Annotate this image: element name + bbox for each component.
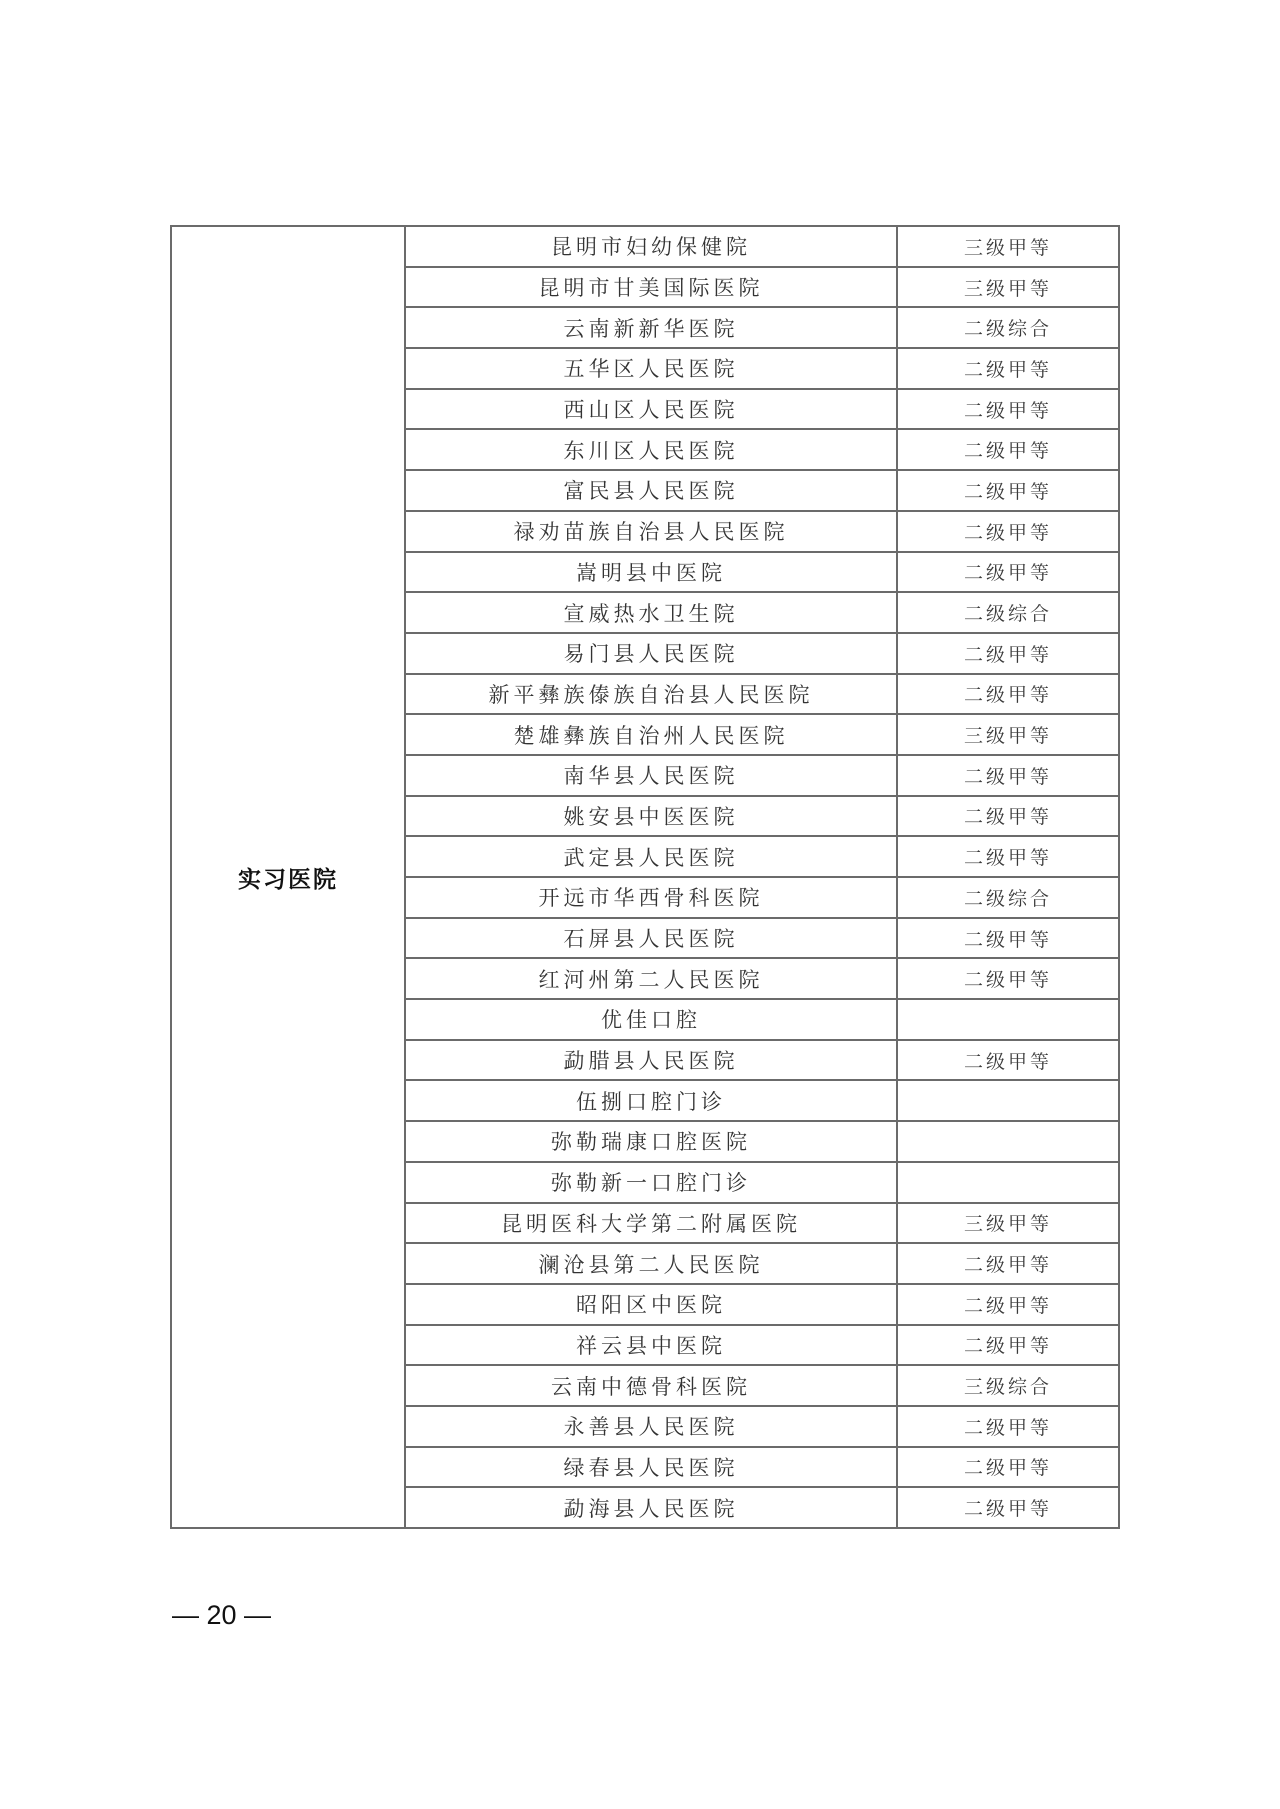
hospital-name: 南华县人民医院 <box>405 755 897 796</box>
hospital-level <box>897 999 1119 1040</box>
hospital-level <box>897 1162 1119 1203</box>
hospital-level: 二级综合 <box>897 592 1119 633</box>
hospital-name: 东川区人民医院 <box>405 429 897 470</box>
table-body: 实习医院 昆明市妇幼保健院 三级甲等 昆明市甘美国际医院 三级甲等 云南新新华医… <box>171 226 1119 1528</box>
hospital-name: 楚雄彝族自治州人民医院 <box>405 714 897 755</box>
hospital-level: 二级甲等 <box>897 1406 1119 1447</box>
hospital-level: 二级甲等 <box>897 348 1119 389</box>
hospital-level: 二级甲等 <box>897 918 1119 959</box>
hospital-name: 宣威热水卫生院 <box>405 592 897 633</box>
hospital-level: 二级甲等 <box>897 633 1119 674</box>
hospital-level: 二级甲等 <box>897 755 1119 796</box>
hospital-name: 弥勒新一口腔门诊 <box>405 1162 897 1203</box>
hospital-level: 二级甲等 <box>897 674 1119 715</box>
hospital-level: 三级综合 <box>897 1365 1119 1406</box>
hospital-level: 二级综合 <box>897 877 1119 918</box>
hospital-name: 开远市华西骨科医院 <box>405 877 897 918</box>
hospital-name: 姚安县中医医院 <box>405 796 897 837</box>
hospital-name: 石屏县人民医院 <box>405 918 897 959</box>
hospital-level: 二级甲等 <box>897 796 1119 837</box>
hospital-name: 澜沧县第二人民医院 <box>405 1243 897 1284</box>
hospital-name: 昆明医科大学第二附属医院 <box>405 1203 897 1244</box>
hospital-name: 云南中德骨科医院 <box>405 1365 897 1406</box>
hospital-level: 二级甲等 <box>897 429 1119 470</box>
hospital-name: 昭阳区中医院 <box>405 1284 897 1325</box>
hospital-name: 嵩明县中医院 <box>405 552 897 593</box>
hospital-name: 祥云县中医院 <box>405 1325 897 1366</box>
hospital-name: 弥勒瑞康口腔医院 <box>405 1121 897 1162</box>
hospital-level: 二级甲等 <box>897 1284 1119 1325</box>
hospital-name: 西山区人民医院 <box>405 389 897 430</box>
table-row: 实习医院 昆明市妇幼保健院 三级甲等 <box>171 226 1119 267</box>
hospital-name: 伍捌口腔门诊 <box>405 1080 897 1121</box>
internship-hospital-table: 实习医院 昆明市妇幼保健院 三级甲等 昆明市甘美国际医院 三级甲等 云南新新华医… <box>170 225 1120 1529</box>
hospital-name: 禄劝苗族自治县人民医院 <box>405 511 897 552</box>
hospital-level: 二级综合 <box>897 307 1119 348</box>
hospital-name: 昆明市妇幼保健院 <box>405 226 897 267</box>
hospital-level: 二级甲等 <box>897 389 1119 430</box>
hospital-level: 三级甲等 <box>897 1203 1119 1244</box>
hospital-level: 二级甲等 <box>897 511 1119 552</box>
hospital-name: 勐海县人民医院 <box>405 1487 897 1528</box>
hospital-level: 二级甲等 <box>897 1040 1119 1081</box>
hospital-level: 三级甲等 <box>897 267 1119 308</box>
hospital-level: 三级甲等 <box>897 226 1119 267</box>
hospital-level: 二级甲等 <box>897 1487 1119 1528</box>
hospital-name: 云南新新华医院 <box>405 307 897 348</box>
hospital-name: 绿春县人民医院 <box>405 1447 897 1488</box>
hospital-level <box>897 1080 1119 1121</box>
hospital-name: 五华区人民医院 <box>405 348 897 389</box>
hospital-level: 二级甲等 <box>897 470 1119 511</box>
category-cell: 实习医院 <box>171 226 405 1528</box>
hospital-name: 优佳口腔 <box>405 999 897 1040</box>
hospital-level <box>897 1121 1119 1162</box>
hospital-name: 易门县人民医院 <box>405 633 897 674</box>
hospital-name: 勐腊县人民医院 <box>405 1040 897 1081</box>
hospital-name: 昆明市甘美国际医院 <box>405 267 897 308</box>
hospital-name: 武定县人民医院 <box>405 836 897 877</box>
hospital-level: 二级甲等 <box>897 1447 1119 1488</box>
hospital-level: 二级甲等 <box>897 958 1119 999</box>
hospital-level: 二级甲等 <box>897 552 1119 593</box>
page-number: — 20 — <box>172 1600 271 1631</box>
hospital-level: 三级甲等 <box>897 714 1119 755</box>
hospital-level: 二级甲等 <box>897 836 1119 877</box>
hospital-name: 新平彝族傣族自治县人民医院 <box>405 674 897 715</box>
hospital-name: 红河州第二人民医院 <box>405 958 897 999</box>
hospital-level: 二级甲等 <box>897 1325 1119 1366</box>
hospital-name: 富民县人民医院 <box>405 470 897 511</box>
document-page: 实习医院 昆明市妇幼保健院 三级甲等 昆明市甘美国际医院 三级甲等 云南新新华医… <box>0 0 1280 1809</box>
hospital-level: 二级甲等 <box>897 1243 1119 1284</box>
hospital-name: 永善县人民医院 <box>405 1406 897 1447</box>
